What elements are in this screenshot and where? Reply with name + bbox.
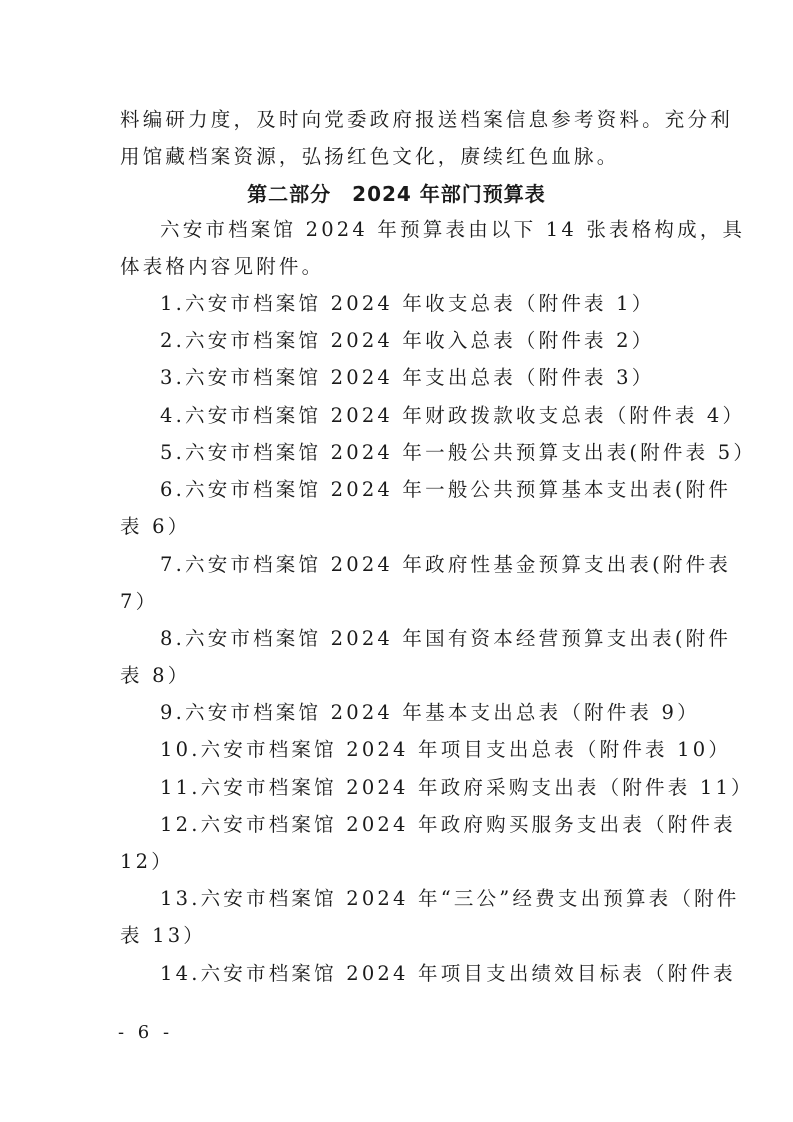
list-item-9: 9.六安市档案馆 2024 年基本支出总表（附件表 9） bbox=[160, 701, 720, 725]
list-item-13: 13.六安市档案馆 2024 年“三公”经费支出预算表（附件 bbox=[160, 887, 720, 911]
list-item-10: 10.六安市档案馆 2024 年项目支出总表（附件表 10） bbox=[160, 738, 720, 762]
list-item-14: 14.六安市档案馆 2024 年项目支出绩效目标表（附件表 bbox=[160, 962, 720, 986]
list-item-7-cont: 7） bbox=[120, 590, 680, 614]
intro-line-2: 用馆藏档案资源，弘扬红色文化，赓续红色血脉。 bbox=[120, 145, 680, 169]
list-item-3: 3.六安市档案馆 2024 年支出总表（附件表 3） bbox=[160, 366, 720, 390]
list-item-7: 7.六安市档案馆 2024 年政府性基金预算支出表(附件表 bbox=[160, 553, 720, 577]
intro-line-1: 料编研力度，及时向党委政府报送档案信息参考资料。充分利 bbox=[120, 108, 680, 132]
list-item-8-cont: 表 8） bbox=[120, 664, 680, 688]
page-number: - 6 - bbox=[118, 1022, 173, 1043]
list-item-6: 6.六安市档案馆 2024 年一般公共预算基本支出表(附件 bbox=[160, 478, 720, 502]
summary-line-2: 体表格内容见附件。 bbox=[120, 255, 680, 279]
list-item-1: 1.六安市档案馆 2024 年收支总表（附件表 1） bbox=[160, 292, 720, 316]
list-item-13-cont: 表 13） bbox=[120, 924, 680, 948]
document-page: 料编研力度，及时向党委政府报送档案信息参考资料。充分利 用馆藏档案资源，弘扬红色… bbox=[0, 0, 793, 1122]
list-item-11: 11.六安市档案馆 2024 年政府采购支出表（附件表 11） bbox=[160, 776, 720, 800]
list-item-5: 5.六安市档案馆 2024 年一般公共预算支出表(附件表 5） bbox=[160, 441, 720, 465]
list-item-2: 2.六安市档案馆 2024 年收入总表（附件表 2） bbox=[160, 329, 720, 353]
list-item-12-cont: 12） bbox=[120, 850, 680, 874]
summary-line-1: 六安市档案馆 2024 年预算表由以下 14 张表格构成，具 bbox=[160, 218, 720, 242]
list-item-4: 4.六安市档案馆 2024 年财政拨款收支总表（附件表 4） bbox=[160, 404, 720, 428]
section-heading: 第二部分 2024 年部门预算表 bbox=[0, 178, 793, 207]
list-item-12: 12.六安市档案馆 2024 年政府购买服务支出表（附件表 bbox=[160, 813, 720, 837]
list-item-8: 8.六安市档案馆 2024 年国有资本经营预算支出表(附件 bbox=[160, 627, 720, 651]
list-item-6-cont: 表 6） bbox=[120, 515, 680, 539]
